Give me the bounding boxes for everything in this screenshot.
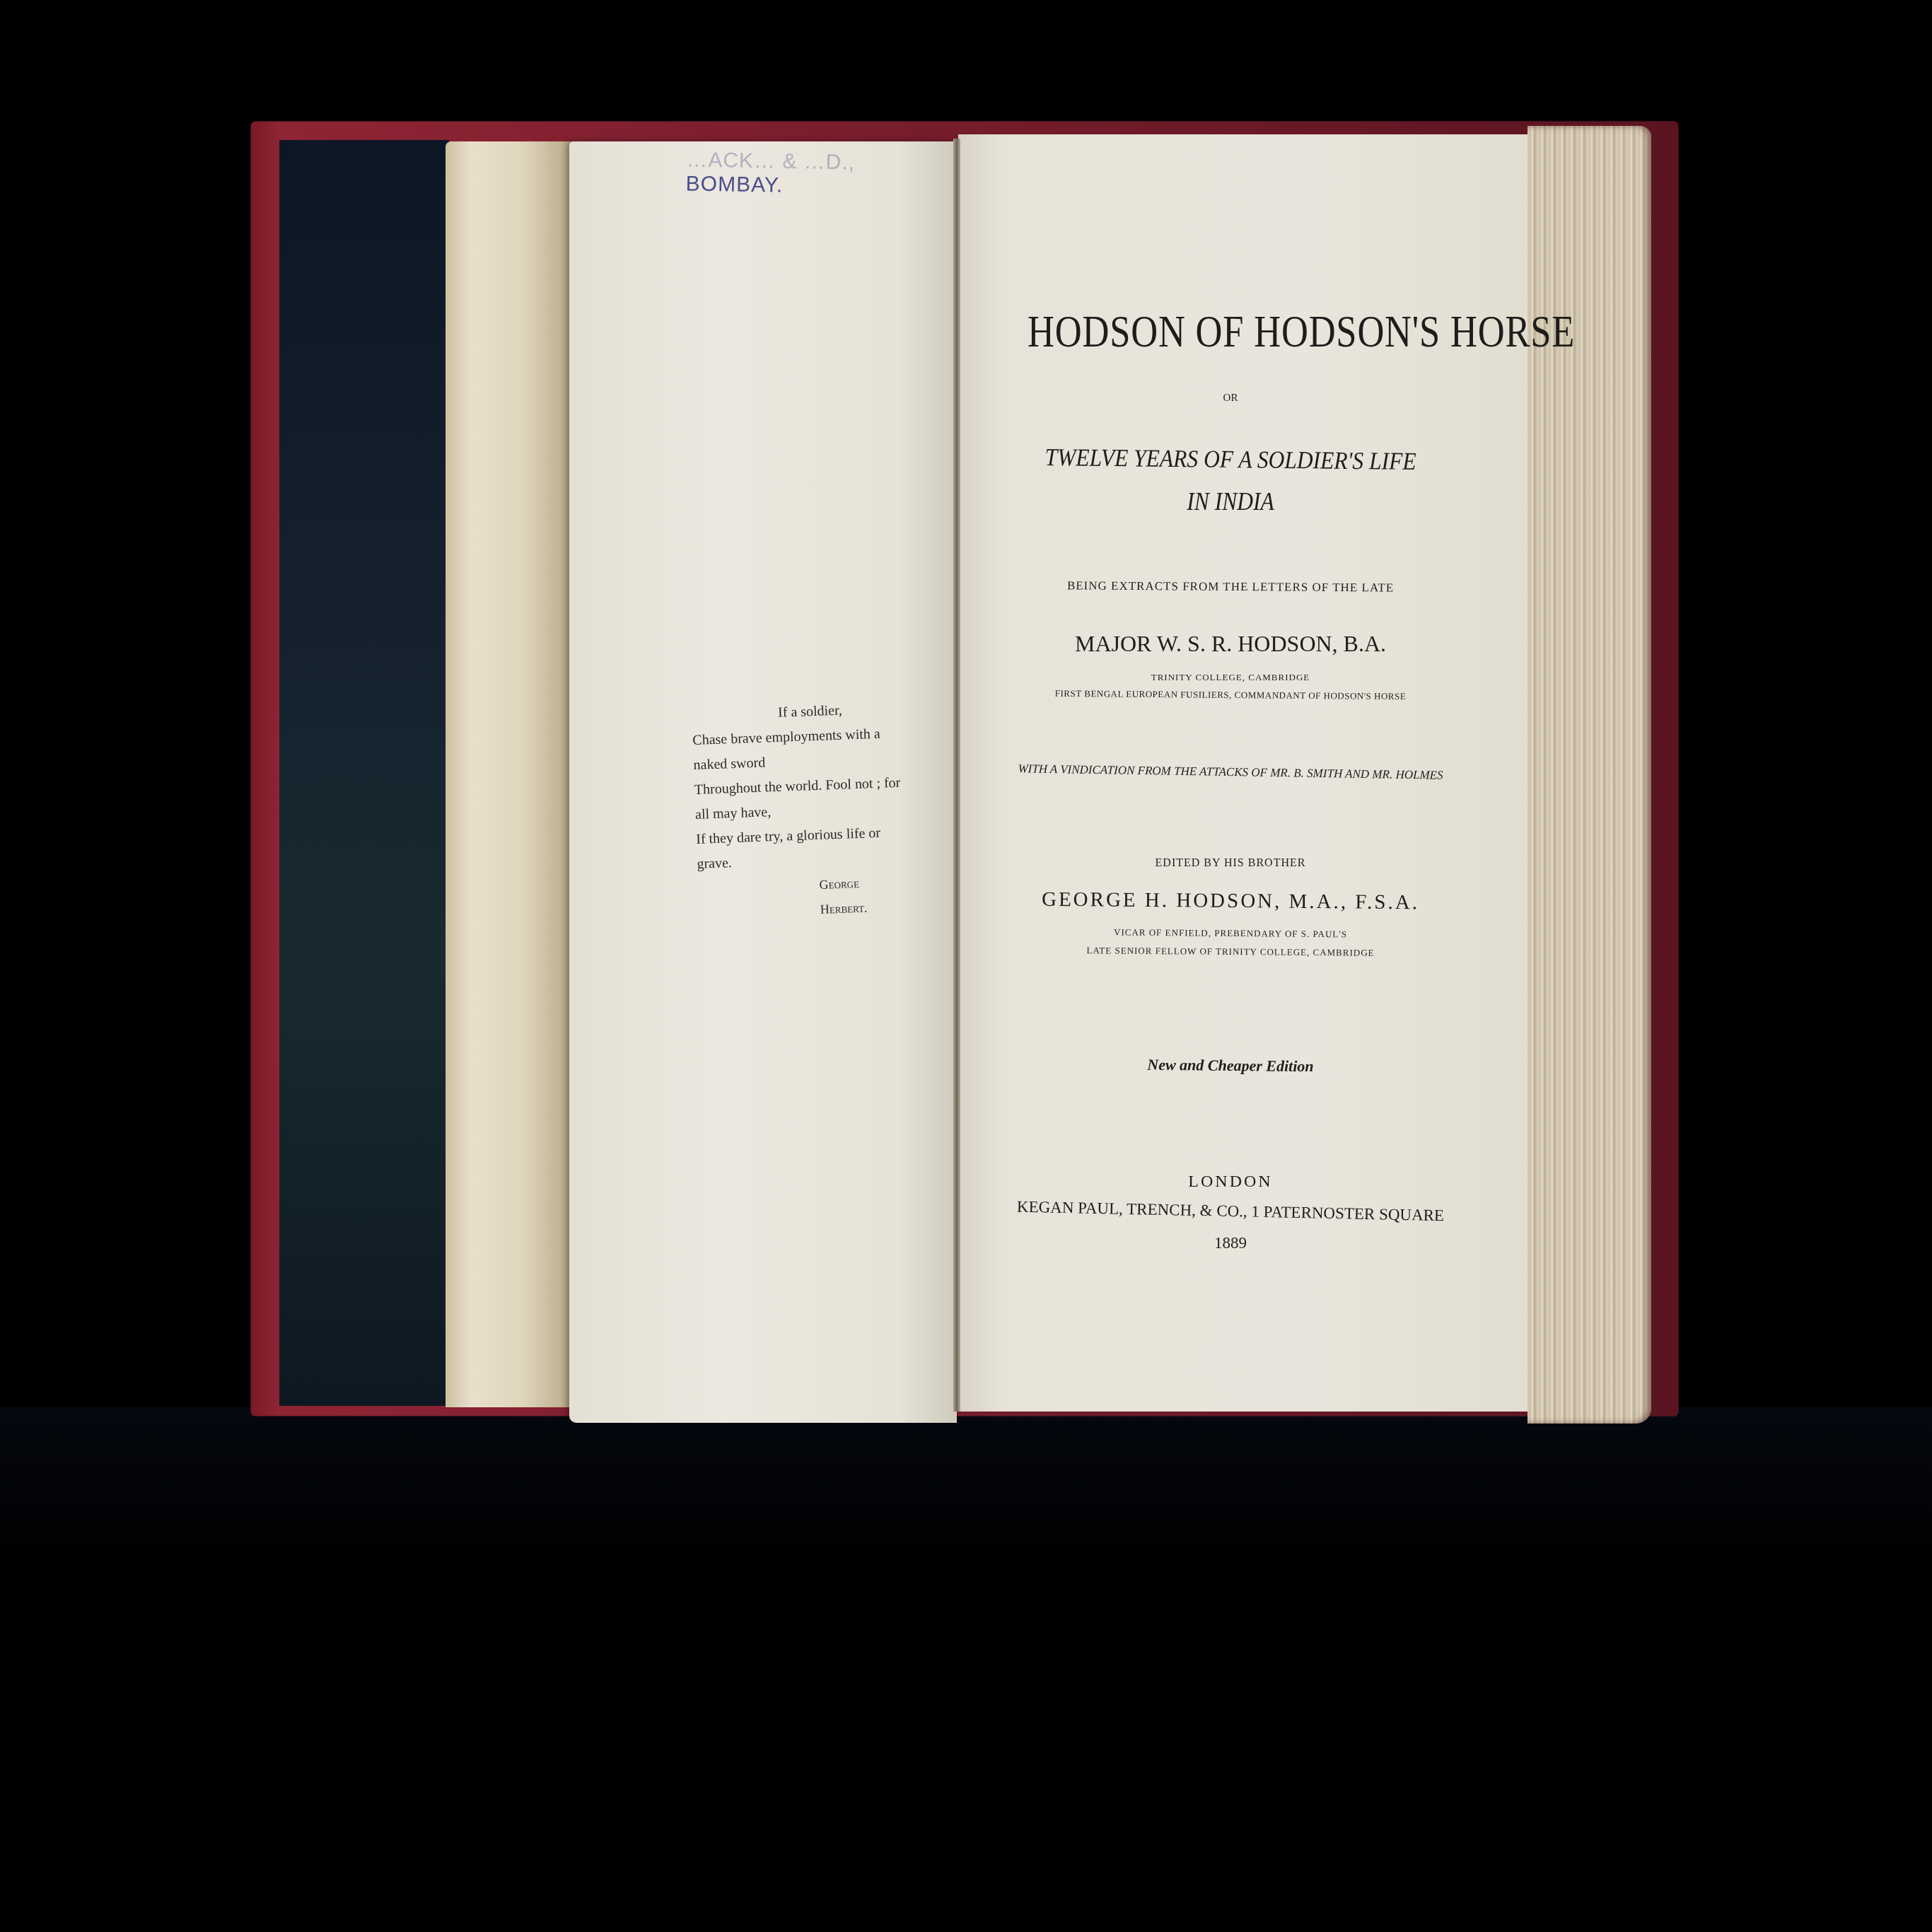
author-name: MAJOR W. S. R. HODSON, B.A. [983, 631, 1478, 657]
book-title: HODSON OF HODSON'S HORSE [1028, 305, 1433, 358]
stamp-faint-text: …ACK… & …D., [686, 148, 855, 174]
stamp-legible-text: BOMBAY. [685, 172, 783, 197]
title-or: OR [983, 392, 1478, 405]
dark-surface [0, 1407, 1932, 1932]
tan-flyleaf [446, 141, 573, 1407]
epigraph-attribution: George Herbert. [692, 870, 905, 926]
author-affiliation: TRINITY COLLEGE, CAMBRIDGE [983, 672, 1478, 683]
bookseller-stamp: …ACK… & …D., BOMBAY. [685, 148, 898, 199]
book-gutter [953, 139, 960, 1412]
publication-city: LONDON [983, 1172, 1478, 1192]
publication-year: 1889 [983, 1234, 1478, 1252]
subtitle-line-2: IN INDIA [1008, 488, 1453, 516]
edited-by-line: EDITED BY HIS BROTHER [983, 857, 1478, 870]
epigraph: If a soldier, Chase brave employments wi… [686, 697, 906, 926]
epigraph-line: If they dare try, a glorious life or gra… [690, 820, 904, 877]
editor-name: GEORGE H. HODSON, M.A., F.S.A. [983, 888, 1478, 915]
subtitle-line-1: TWELVE YEARS OF A SOLDIER'S LIFE [1008, 443, 1453, 476]
dark-pastedown-board [279, 140, 449, 1406]
epigraph-line: Chase brave employments with a naked swo… [687, 721, 900, 778]
epigraph-line: Throughout the world. Fool not ; for all… [688, 771, 902, 827]
